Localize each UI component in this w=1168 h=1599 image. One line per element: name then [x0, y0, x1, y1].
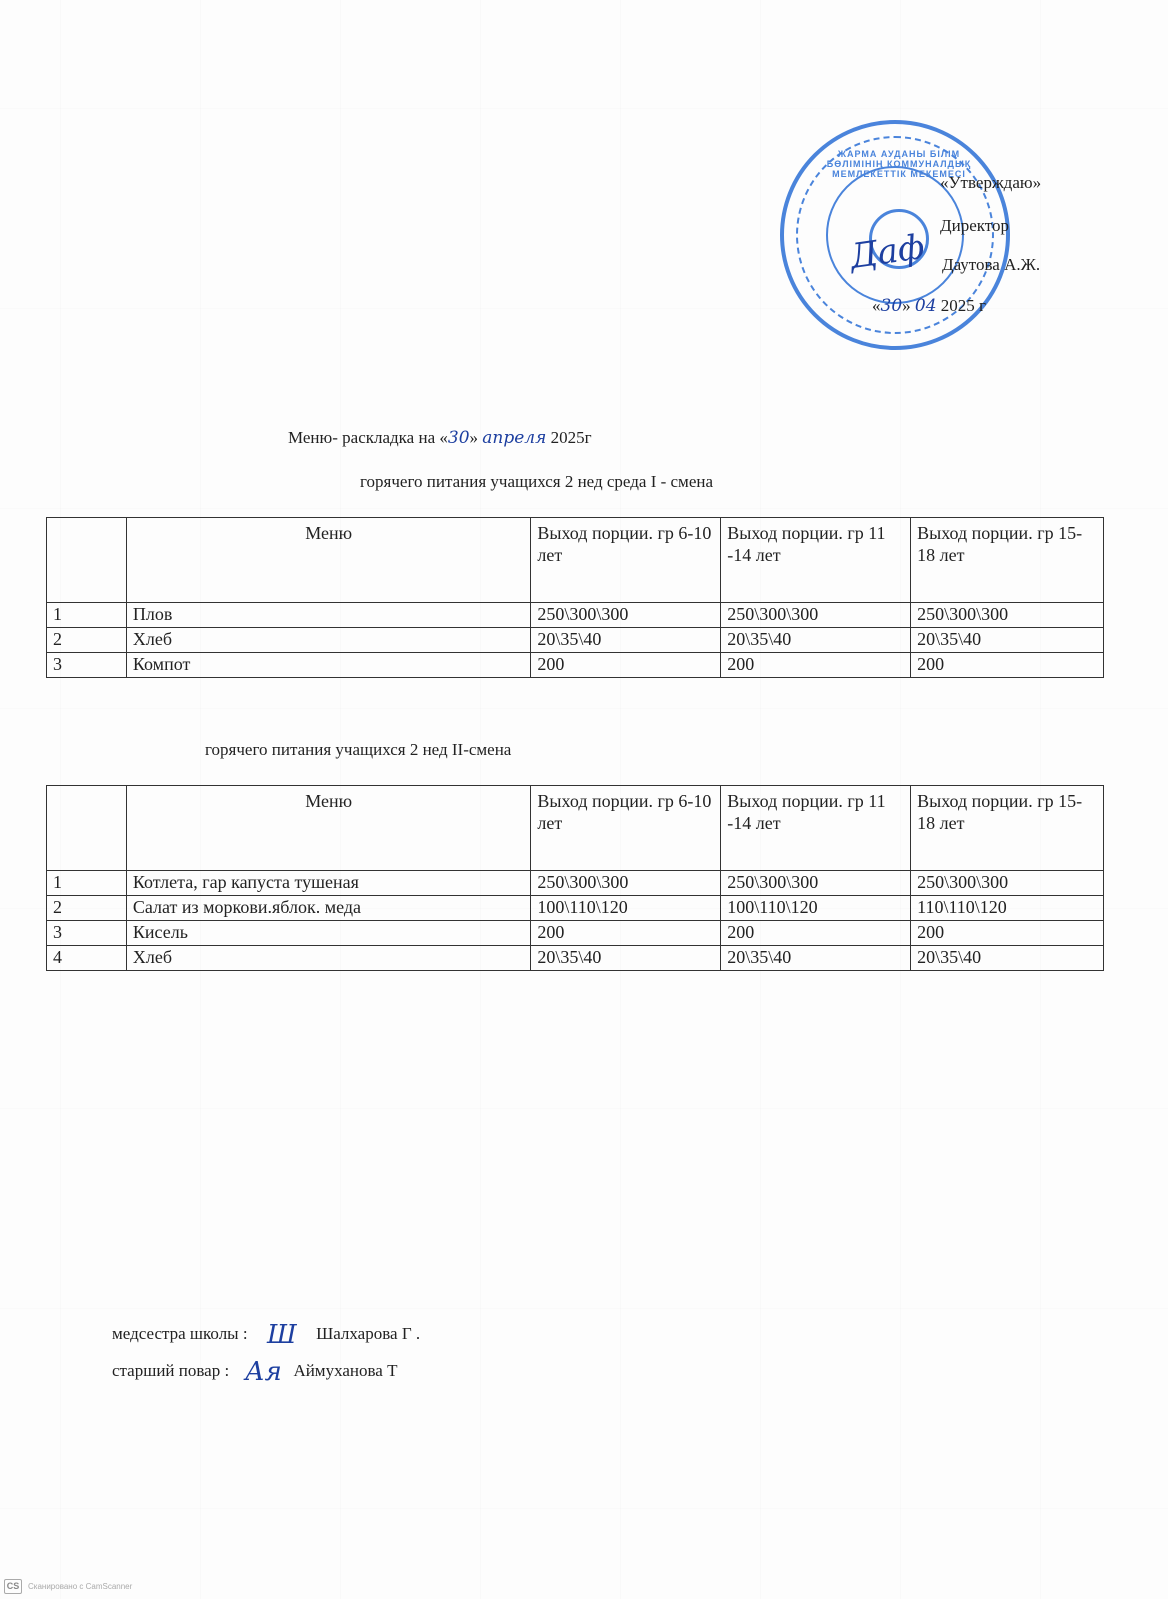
- menu-table-shift-2: Меню Выход порции. гр 6-10 лет Выход пор…: [46, 785, 1104, 971]
- col-menu: Меню: [126, 518, 530, 603]
- scanner-text: Сканировано с CamScanner: [28, 1582, 132, 1591]
- camscanner-logo-icon: CS: [4, 1579, 22, 1594]
- nurse-name: Шалхарова Г .: [312, 1324, 420, 1343]
- table-header-row: Меню Выход порции. гр 6-10 лет Выход пор…: [47, 786, 1104, 871]
- title-month: апреля: [482, 428, 546, 448]
- table-row: 1 Плов 250\300\300 250\300\300 250\300\3…: [47, 603, 1104, 628]
- approval-date: «30» 04 2025 г: [872, 296, 986, 316]
- col-age-15-18: Выход порции. гр 15-18 лет: [911, 518, 1104, 603]
- col-number: [47, 518, 127, 603]
- document-title: Меню- раскладка на «30» апреля 2025г: [288, 428, 592, 448]
- cook-signature: Ая: [233, 1357, 293, 1387]
- cook-signature-line: старший повар : АяАймуханова Т: [112, 1357, 397, 1387]
- col-age-6-10: Выход порции. гр 6-10 лет: [531, 786, 721, 871]
- col-age-6-10: Выход порции. гр 6-10 лет: [531, 518, 721, 603]
- approval-month: 04: [915, 296, 937, 316]
- nurse-signature-line: медсестра школы : Ш Шалхарова Г .: [112, 1320, 420, 1350]
- col-number: [47, 786, 127, 871]
- scanner-watermark: CS Сканировано с CamScanner: [4, 1579, 132, 1594]
- title-day: 30: [448, 428, 470, 448]
- col-age-11-14: Выход порции. гр 11 -14 лет: [721, 786, 911, 871]
- approve-label: «Утверждаю»: [940, 173, 1041, 193]
- nurse-signature: Ш: [252, 1320, 312, 1350]
- col-menu: Меню: [126, 786, 531, 871]
- approval-day: 30: [881, 296, 903, 316]
- cook-role: старший повар :: [112, 1361, 233, 1380]
- table-row: 2 Хлеб 20\35\40 20\35\40 20\35\40: [47, 628, 1104, 653]
- menu-table-shift-1: Меню Выход порции. гр 6-10 лет Выход пор…: [46, 517, 1104, 678]
- cook-name: Аймуханова Т: [293, 1361, 397, 1380]
- approver-position: Директор: [940, 216, 1009, 236]
- table-row: 3 Кисель 200 200 200: [47, 921, 1104, 946]
- approval-block: ЖАРМА АУДАНЫ БІЛІМ БӨЛІМІНІҢ КОММУНАЛДЫҚ…: [780, 120, 1100, 340]
- table-row: 1 Котлета, гар капуста тушеная 250\300\3…: [47, 871, 1104, 896]
- nurse-role: медсестра школы :: [112, 1324, 252, 1343]
- table-row: 4 Хлеб 20\35\40 20\35\40 20\35\40: [47, 946, 1104, 971]
- table-row: 3 Компот 200 200 200: [47, 653, 1104, 678]
- approver-name: Даутова А.Ж.: [942, 255, 1040, 275]
- table-header-row: Меню Выход порции. гр 6-10 лет Выход пор…: [47, 518, 1104, 603]
- section-2-subtitle: горячего питания учащихся 2 нед II-смена: [205, 740, 511, 760]
- table-row: 2 Салат из моркови.яблок. меда 100\110\1…: [47, 896, 1104, 921]
- col-age-15-18: Выход порции. гр 15-18 лет: [911, 786, 1104, 871]
- col-age-11-14: Выход порции. гр 11 -14 лет: [721, 518, 911, 603]
- section-1-subtitle: горячего питания учащихся 2 нед среда I …: [360, 472, 713, 492]
